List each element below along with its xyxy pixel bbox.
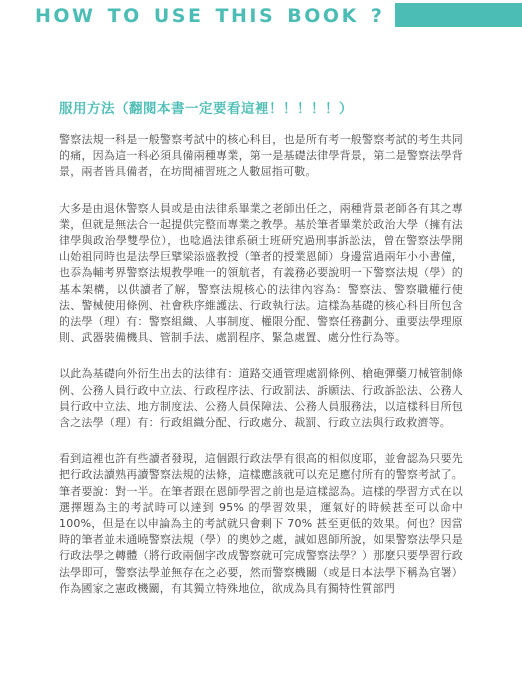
book-page: HOW TO USE THIS BOOK ? 服用方法（翻閱本書一定要看這裡！！… — [0, 0, 522, 700]
paragraph-study-advice: 看到這裡也許有些讀者發現，這個跟行政法學有很高的相似度耶，並會認為只要先把行政法… — [59, 451, 463, 597]
page-title: HOW TO USE THIS BOOK ? — [35, 5, 384, 27]
corner-accent-block — [395, 3, 522, 27]
paragraph-derived-laws: 以此為基礎向外衍生出去的法律有：道路交通管理處罰條例、槍砲彈藥刀械管制條例、公務… — [59, 366, 463, 431]
content-area: 服用方法（翻閱本書一定要看這裡！！！！！） 警察法規一科是一般警察考試中的核心科… — [59, 97, 463, 617]
paragraph-author-background: 大多是由退休警察人員或是由法律系畢業之老師出任之，兩種背景老師各有其之專業，但就… — [59, 201, 463, 347]
section-subtitle: 服用方法（翻閱本書一定要看這裡！！！！！） — [59, 97, 463, 117]
paragraph-intro: 警察法規一科是一般警察考試中的核心科目，也是所有考一般警察考試的考生共同的痛，因… — [59, 132, 463, 181]
